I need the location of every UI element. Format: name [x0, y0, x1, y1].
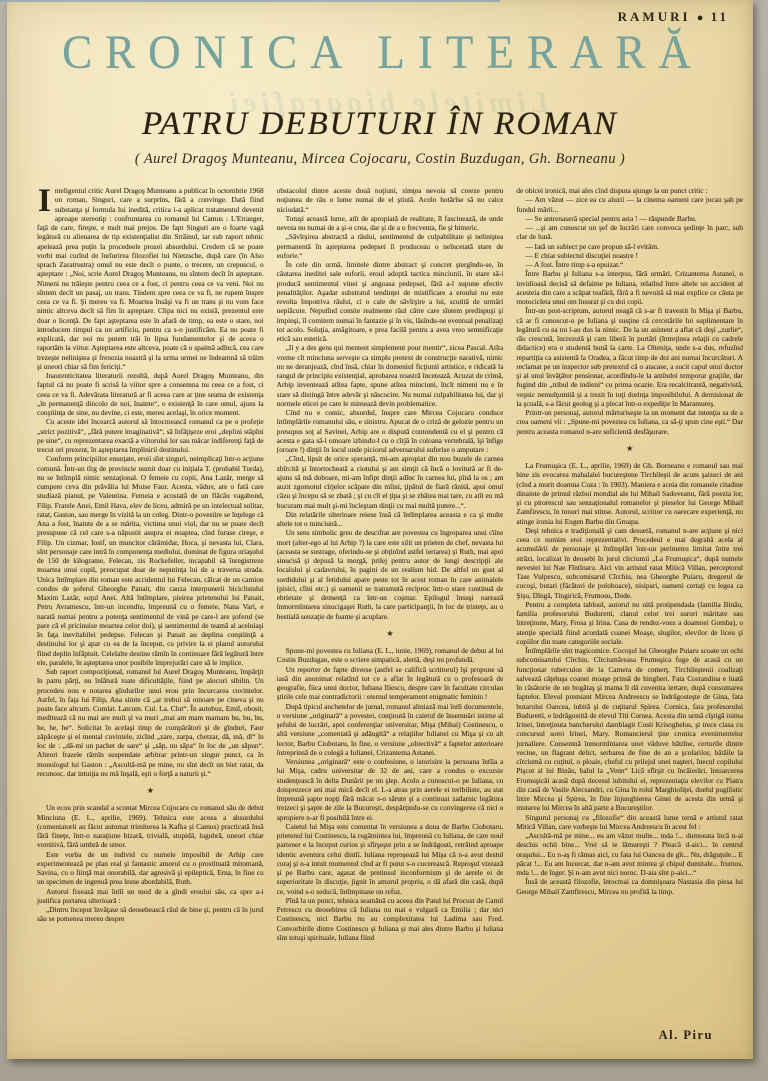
paragraph: Caietul lui Mişa este comentat în versiu…: [277, 822, 504, 896]
paragraph: În cele din urmă, limitele dintre abstra…: [277, 260, 504, 343]
scanned-magazine-page: { "masthead": { "title": "RAMURI", "bull…: [0, 0, 768, 1081]
text-column-3: de obicei ironică, mai ales cînd disputa…: [516, 186, 743, 1054]
drop-cap: I: [38, 187, 51, 216]
paragraph: — Se antrenaseră special pentru asta ! —…: [516, 214, 743, 223]
masthead-bullet-icon: ●: [697, 12, 705, 24]
star-separator-icon: ★: [277, 629, 504, 638]
magazine-page-paper: RAMURI ● 11 Limitele biografiei CRONICA …: [7, 0, 753, 1059]
paragraph: Însă de această filozofie, întocmai ca d…: [516, 877, 743, 896]
paragraph: Cu aceste idei încearcă autorul să întoc…: [37, 417, 264, 454]
paragraph: După tipicul anchetelor de jurnal, roman…: [277, 702, 504, 758]
paragraph: Întîmplările sînt tragicomice. Cocoşul l…: [516, 646, 743, 813]
paragraph: Între Barbu şi Iuliana s-a interpus, făr…: [516, 269, 743, 306]
article-byline: ( Aurel Dragoş Munteanu, Mircea Cojocaru…: [7, 151, 753, 168]
text-column-1: Inteligentul critic Aurel Dragoş Muntean…: [37, 186, 264, 1054]
star-separator-icon: ★: [516, 444, 743, 453]
paragraph: Totuşi această lume, atît de apropiată d…: [277, 214, 504, 233]
paragraph: Cînd nu e comic, absurdul, înspre care M…: [277, 408, 504, 454]
paragraph: Este vorba de un individ cu numele impos…: [37, 850, 264, 887]
paragraph: Versiunea „originară“ este o confesiune,…: [277, 757, 504, 822]
paragraph: — Iată un subiect pe care propun să-l ev…: [516, 242, 743, 251]
article-body: Inteligentul critic Aurel Dragoş Muntean…: [37, 186, 743, 1054]
paragraph: „Ascultă-mă pe mine... eu am văzut multe…: [516, 831, 743, 877]
paragraph: Spune-mi povestea cu Iuliana (E. L., iun…: [277, 646, 504, 665]
paragraph: „Săvîrşirea abstractă a răului, sentimen…: [277, 232, 504, 260]
paragraph: — A fost. Între timp s-a epuizat.“: [516, 260, 743, 269]
article-title: PATRU DEBUTURI ÎN ROMAN: [7, 106, 753, 143]
paragraph: Inteligentul critic Aurel Dragoş Muntean…: [37, 186, 264, 371]
paragraph: Din relatările ulterioare reiese însă că…: [277, 510, 504, 529]
paragraph: Un sens simbolic greu de descifrat are p…: [277, 528, 504, 621]
scan-edge-line: [0, 0, 500, 2]
paragraph: — Am văzut — zice ea cu aluzii — la cine…: [516, 195, 743, 214]
paragraph: Printr-un personaj, autorul mărturiseşte…: [516, 408, 743, 436]
paragraph: „Dintru început învăţase să deosebească …: [37, 905, 264, 924]
paragraph: — ...şi am cunoscut un şef de lucrări ca…: [516, 223, 743, 242]
paragraph: Singurul personaj cu „filozofie“ din ace…: [516, 813, 743, 832]
paragraph: Un ecou prin scandal a scontat Mircea Co…: [37, 803, 264, 849]
paragraph: Sub raport compoziţional, romanul lui Au…: [37, 667, 264, 778]
paragraph: Într-un post-scriptum, autorul neagă că …: [516, 306, 743, 408]
paragraph: „Cînd, lipsit de orice speranţă, mi-am a…: [277, 454, 504, 510]
paragraph: Conform principiilor enunţate, eroii sîn…: [37, 454, 264, 667]
paragraph: — E chiar subiectul discuţiei noastre !: [516, 251, 743, 260]
masthead: RAMURI ● 11: [618, 9, 729, 25]
paragraph: Inautenticitatea literaturii rezultă, du…: [37, 371, 264, 417]
paragraph: obstacolul dintre aceste două noţiuni, s…: [277, 186, 504, 214]
paragraph: de obicei ironică, mai ales cînd disputa…: [516, 186, 743, 195]
masthead-page-number: 11: [711, 9, 729, 24]
masthead-title: RAMURI: [618, 9, 691, 24]
paragraph: Deşi tehnica e tradiţională şi cam desue…: [516, 526, 743, 600]
paragraph: Pînă la un punct, tehnica seamănă cu ace…: [277, 896, 504, 942]
paragraph: Pentru a completa tabloul, autorul nu ui…: [516, 600, 743, 646]
text-column-2: obstacolul dintre aceste două noţiuni, s…: [277, 186, 504, 1054]
author-signature: Al. Piru: [659, 1028, 713, 1043]
paragraph: Autorul fixează mai întîi un mod de a gî…: [37, 887, 264, 906]
paragraph: „Il y a des gens qui mentent simplement …: [277, 343, 504, 408]
section-title: CRONICA LITERARĂ: [7, 24, 753, 79]
paragraph: Un reporter de fapte diverse (astfel se …: [277, 665, 504, 702]
star-separator-icon: ★: [37, 786, 264, 795]
paragraph: La Frumuşica (E. L., aprilie, 1969) de G…: [516, 461, 743, 526]
